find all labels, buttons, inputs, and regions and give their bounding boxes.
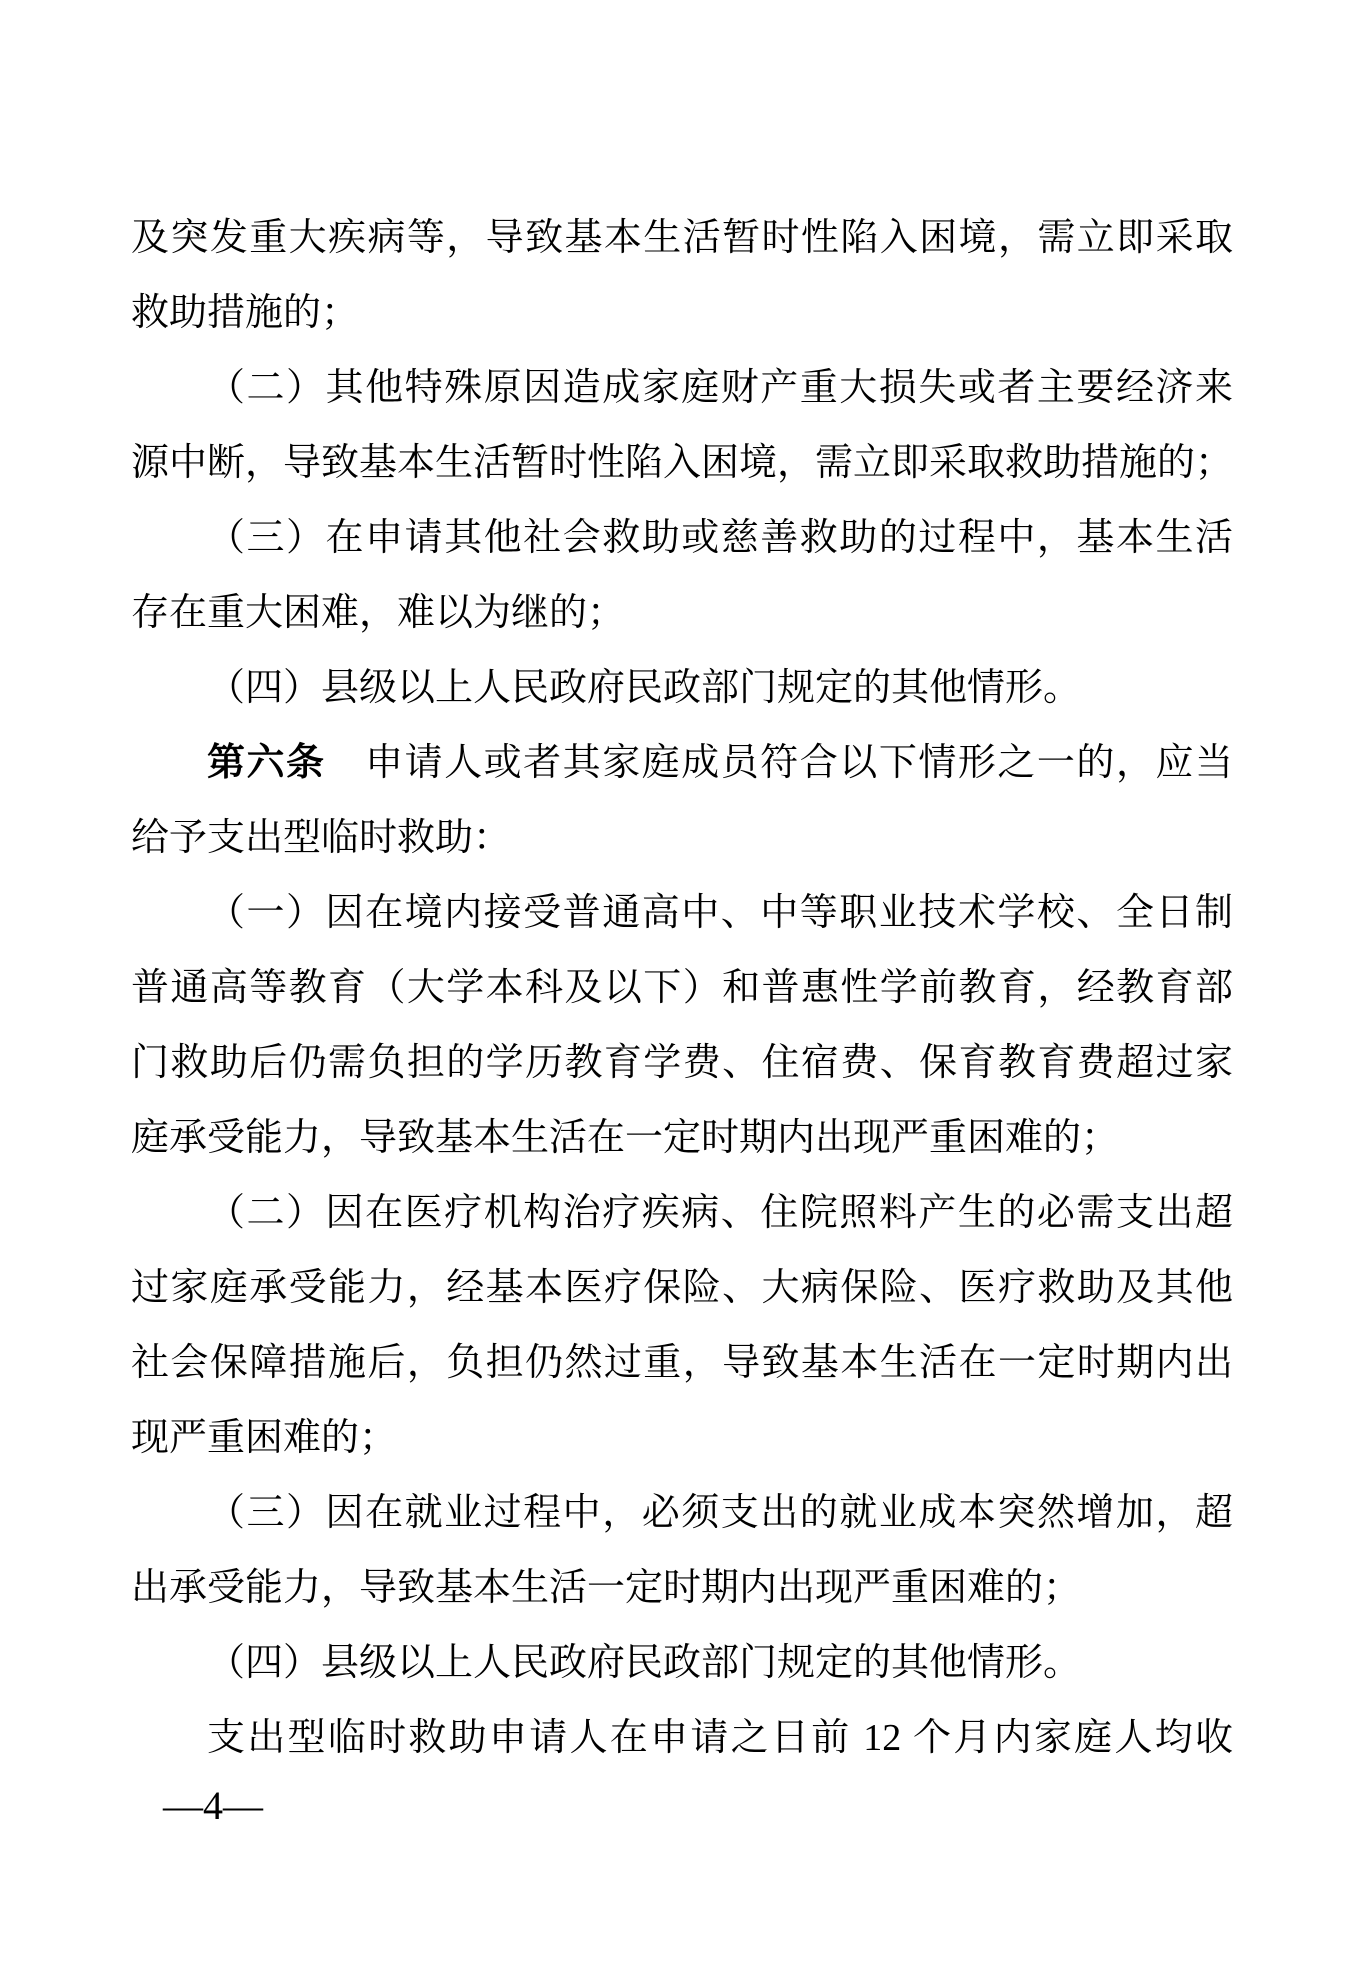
text-line: 出承受能力，导致基本生活一定时期内出现严重困难的；: [131, 1551, 1233, 1626]
text-run: 存在重大困难，难以为继的；: [131, 592, 625, 634]
text-run: 出承受能力，导致基本生活一定时期内出现严重困难的；: [131, 1567, 1081, 1609]
text-line: 源中断，导致基本生活暂时性陷入困境，需立即采取救助措施的；: [131, 426, 1233, 501]
text-line: 过家庭承受能力，经基本医疗保险、大病保险、医疗救助及其他: [131, 1251, 1233, 1326]
document-body: 及突发重大疾病等，导致基本生活暂时性陷入困境，需立即采取救助措施的；（二）其他特…: [131, 201, 1233, 1776]
text-run: （二）其他特殊原因造成家庭财产重大损失或者主要经济来: [207, 367, 1233, 409]
text-run: （一）因在境内接受普通高中、中等职业技术学校、全日制: [207, 892, 1233, 934]
text-run: 申请人或者其家庭成员符合以下情形之一的，应当: [326, 742, 1233, 784]
text-run: 救助措施的；: [131, 292, 359, 334]
text-run: （四）县级以上人民政府民政部门规定的其他情形。: [207, 1642, 1081, 1684]
text-run: 给予支出型临时救助：: [131, 817, 511, 859]
text-run: 及突发重大疾病等，导致基本生活暂时性陷入困境，需立即采取: [131, 217, 1233, 259]
article-number: 第六条: [207, 742, 326, 784]
text-line: （一）因在境内接受普通高中、中等职业技术学校、全日制: [131, 876, 1233, 951]
text-line: （三）在申请其他社会救助或慈善救助的过程中，基本生活: [131, 501, 1233, 576]
text-run: 支出型临时救助申请人在申请之日前 12 个月内家庭人均收: [207, 1717, 1233, 1759]
text-line: 第六条 申请人或者其家庭成员符合以下情形之一的，应当: [131, 726, 1233, 801]
text-run: 门救助后仍需负担的学历教育学费、住宿费、保育教育费超过家: [131, 1042, 1233, 1084]
text-line: 门救助后仍需负担的学历教育学费、住宿费、保育教育费超过家: [131, 1026, 1233, 1101]
text-line: 存在重大困难，难以为继的；: [131, 576, 1233, 651]
text-line: 普通高等教育（大学本科及以下）和普惠性学前教育，经教育部: [131, 951, 1233, 1026]
text-run: （四）县级以上人民政府民政部门规定的其他情形。: [207, 667, 1081, 709]
text-run: （三）因在就业过程中，必须支出的就业成本突然增加，超: [207, 1492, 1233, 1534]
text-line: （四）县级以上人民政府民政部门规定的其他情形。: [131, 1626, 1233, 1701]
text-line: （四）县级以上人民政府民政部门规定的其他情形。: [131, 651, 1233, 726]
text-run: 过家庭承受能力，经基本医疗保险、大病保险、医疗救助及其他: [131, 1267, 1233, 1309]
text-line: 给予支出型临时救助：: [131, 801, 1233, 876]
text-line: 救助措施的；: [131, 276, 1233, 351]
text-line: （二）因在医疗机构治疗疾病、住院照料产生的必需支出超: [131, 1176, 1233, 1251]
text-line: 庭承受能力，导致基本生活在一定时期内出现严重困难的；: [131, 1101, 1233, 1176]
page-number: —4—: [163, 1786, 263, 1826]
text-line: 社会保障措施后，负担仍然过重，导致基本生活在一定时期内出: [131, 1326, 1233, 1401]
text-line: 及突发重大疾病等，导致基本生活暂时性陷入困境，需立即采取: [131, 201, 1233, 276]
text-line: （三）因在就业过程中，必须支出的就业成本突然增加，超: [131, 1476, 1233, 1551]
text-run: 普通高等教育（大学本科及以下）和普惠性学前教育，经教育部: [131, 967, 1233, 1009]
text-run: 庭承受能力，导致基本生活在一定时期内出现严重困难的；: [131, 1117, 1119, 1159]
text-line: 现严重困难的；: [131, 1401, 1233, 1476]
text-line: （二）其他特殊原因造成家庭财产重大损失或者主要经济来: [131, 351, 1233, 426]
text-line: 支出型临时救助申请人在申请之日前 12 个月内家庭人均收: [131, 1701, 1233, 1776]
document-page: 及突发重大疾病等，导致基本生活暂时性陷入困境，需立即采取救助措施的；（二）其他特…: [0, 0, 1346, 1962]
text-run: 源中断，导致基本生活暂时性陷入困境，需立即采取救助措施的；: [131, 442, 1233, 484]
text-run: （二）因在医疗机构治疗疾病、住院照料产生的必需支出超: [207, 1192, 1233, 1234]
text-run: 社会保障措施后，负担仍然过重，导致基本生活在一定时期内出: [131, 1342, 1233, 1384]
text-run: （三）在申请其他社会救助或慈善救助的过程中，基本生活: [207, 517, 1233, 559]
text-run: 现严重困难的；: [131, 1417, 397, 1459]
